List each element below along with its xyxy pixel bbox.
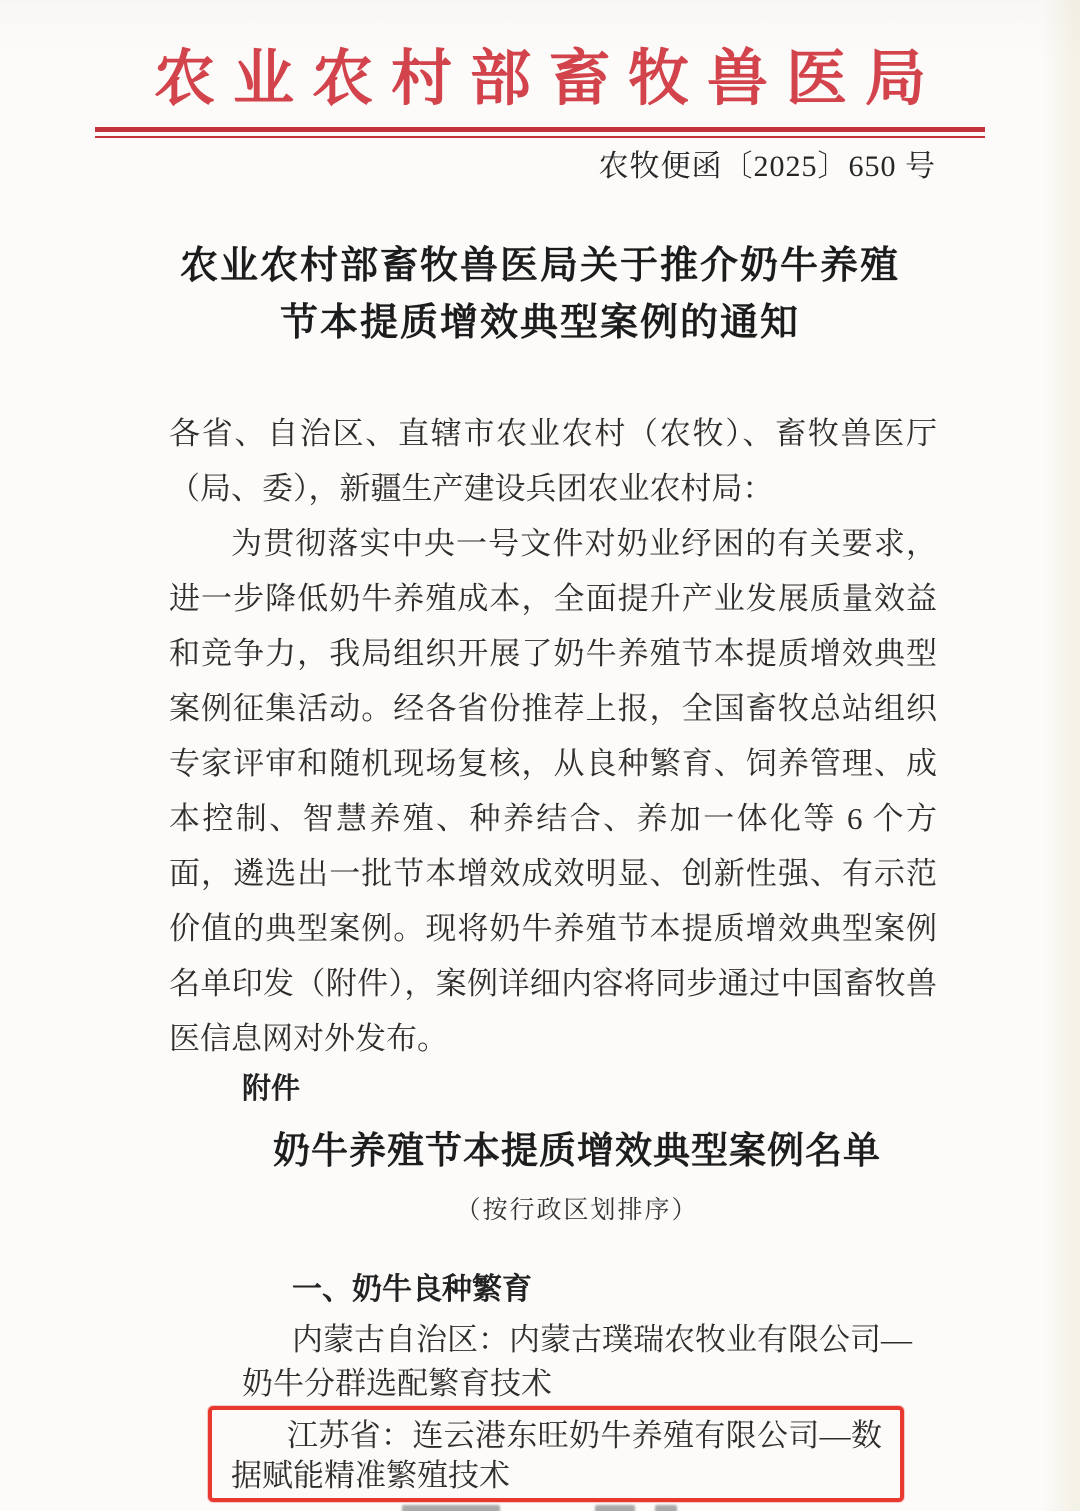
cutoff-next-line-fragment: [402, 1505, 500, 1511]
notice-title-line-1: 农业农村部畜牧兽医局关于推介奶牛养殖: [0, 238, 1080, 295]
scanned-document-page: 农业农村部畜牧兽医局 农牧便函〔2025〕650 号 农业农村部畜牧兽医局关于推…: [0, 0, 1080, 1511]
letterhead-org-title: 农业农村部畜牧兽医局: [0, 30, 1080, 117]
attachment-title: 奶牛养殖节本提质增效典型案例名单: [242, 1130, 912, 1174]
letterhead-rule-thin: [95, 136, 985, 138]
salutation: 各省、自治区、直辖市农业农村（农牧）、畜牧兽医厅（局、委），新疆生产建设兵团农业…: [169, 406, 937, 516]
attachment-label: 附件: [242, 1072, 912, 1106]
case-entry-inner-mongolia: 内蒙古自治区：内蒙古璞瑞农牧业有限公司—奶牛分群选配繁育技术: [242, 1318, 912, 1406]
highlight-box: 江苏省：连云港东旺奶牛养殖有限公司—数据赋能精准繁殖技术: [208, 1406, 904, 1502]
document-number: 农牧便函〔2025〕650 号: [599, 141, 937, 185]
notice-body-column: 各省、自治区、直辖市农业农村（农牧）、畜牧兽医厅（局、委），新疆生产建设兵团农业…: [169, 406, 937, 1066]
attachment-section: 附件 奶牛养殖节本提质增效典型案例名单 （按行政区划排序） 一、奶牛良种繁育 内…: [242, 1072, 912, 1502]
notice-body-paragraph: 为贯彻落实中央一号文件对奶业纾困的有关要求，进一步降低奶牛养殖成本，全面提升产业…: [169, 516, 937, 1066]
case-entry-jiangsu-highlighted: 江苏省：连云港东旺奶牛养殖有限公司—数据赋能精准繁殖技术: [231, 1416, 882, 1496]
cutoff-next-line-fragment: [655, 1505, 677, 1511]
notice-title: 农业农村部畜牧兽医局关于推介奶牛养殖 节本提质增效典型案例的通知: [0, 238, 1080, 352]
attachment-subtitle: （按行政区划排序）: [242, 1196, 912, 1226]
cutoff-next-line-fragment: [595, 1505, 635, 1511]
letterhead-rule-thick: [95, 127, 985, 132]
notice-title-line-2: 节本提质增效典型案例的通知: [0, 295, 1080, 352]
section-heading-dairy-breeding: 一、奶牛良种繁育: [242, 1270, 912, 1310]
